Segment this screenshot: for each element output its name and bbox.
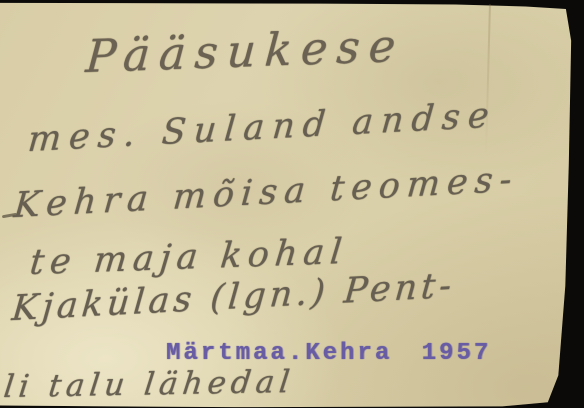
handwritten-title: Pääsukese <box>84 19 406 83</box>
handwritten-line-6: li talu lähedal <box>2 364 297 405</box>
scanned-card: Pääsukese mes. Suland andse Kehra mõisa … <box>0 0 584 408</box>
date-stamp: Märtmaa.Kehra 1957 <box>166 340 491 367</box>
